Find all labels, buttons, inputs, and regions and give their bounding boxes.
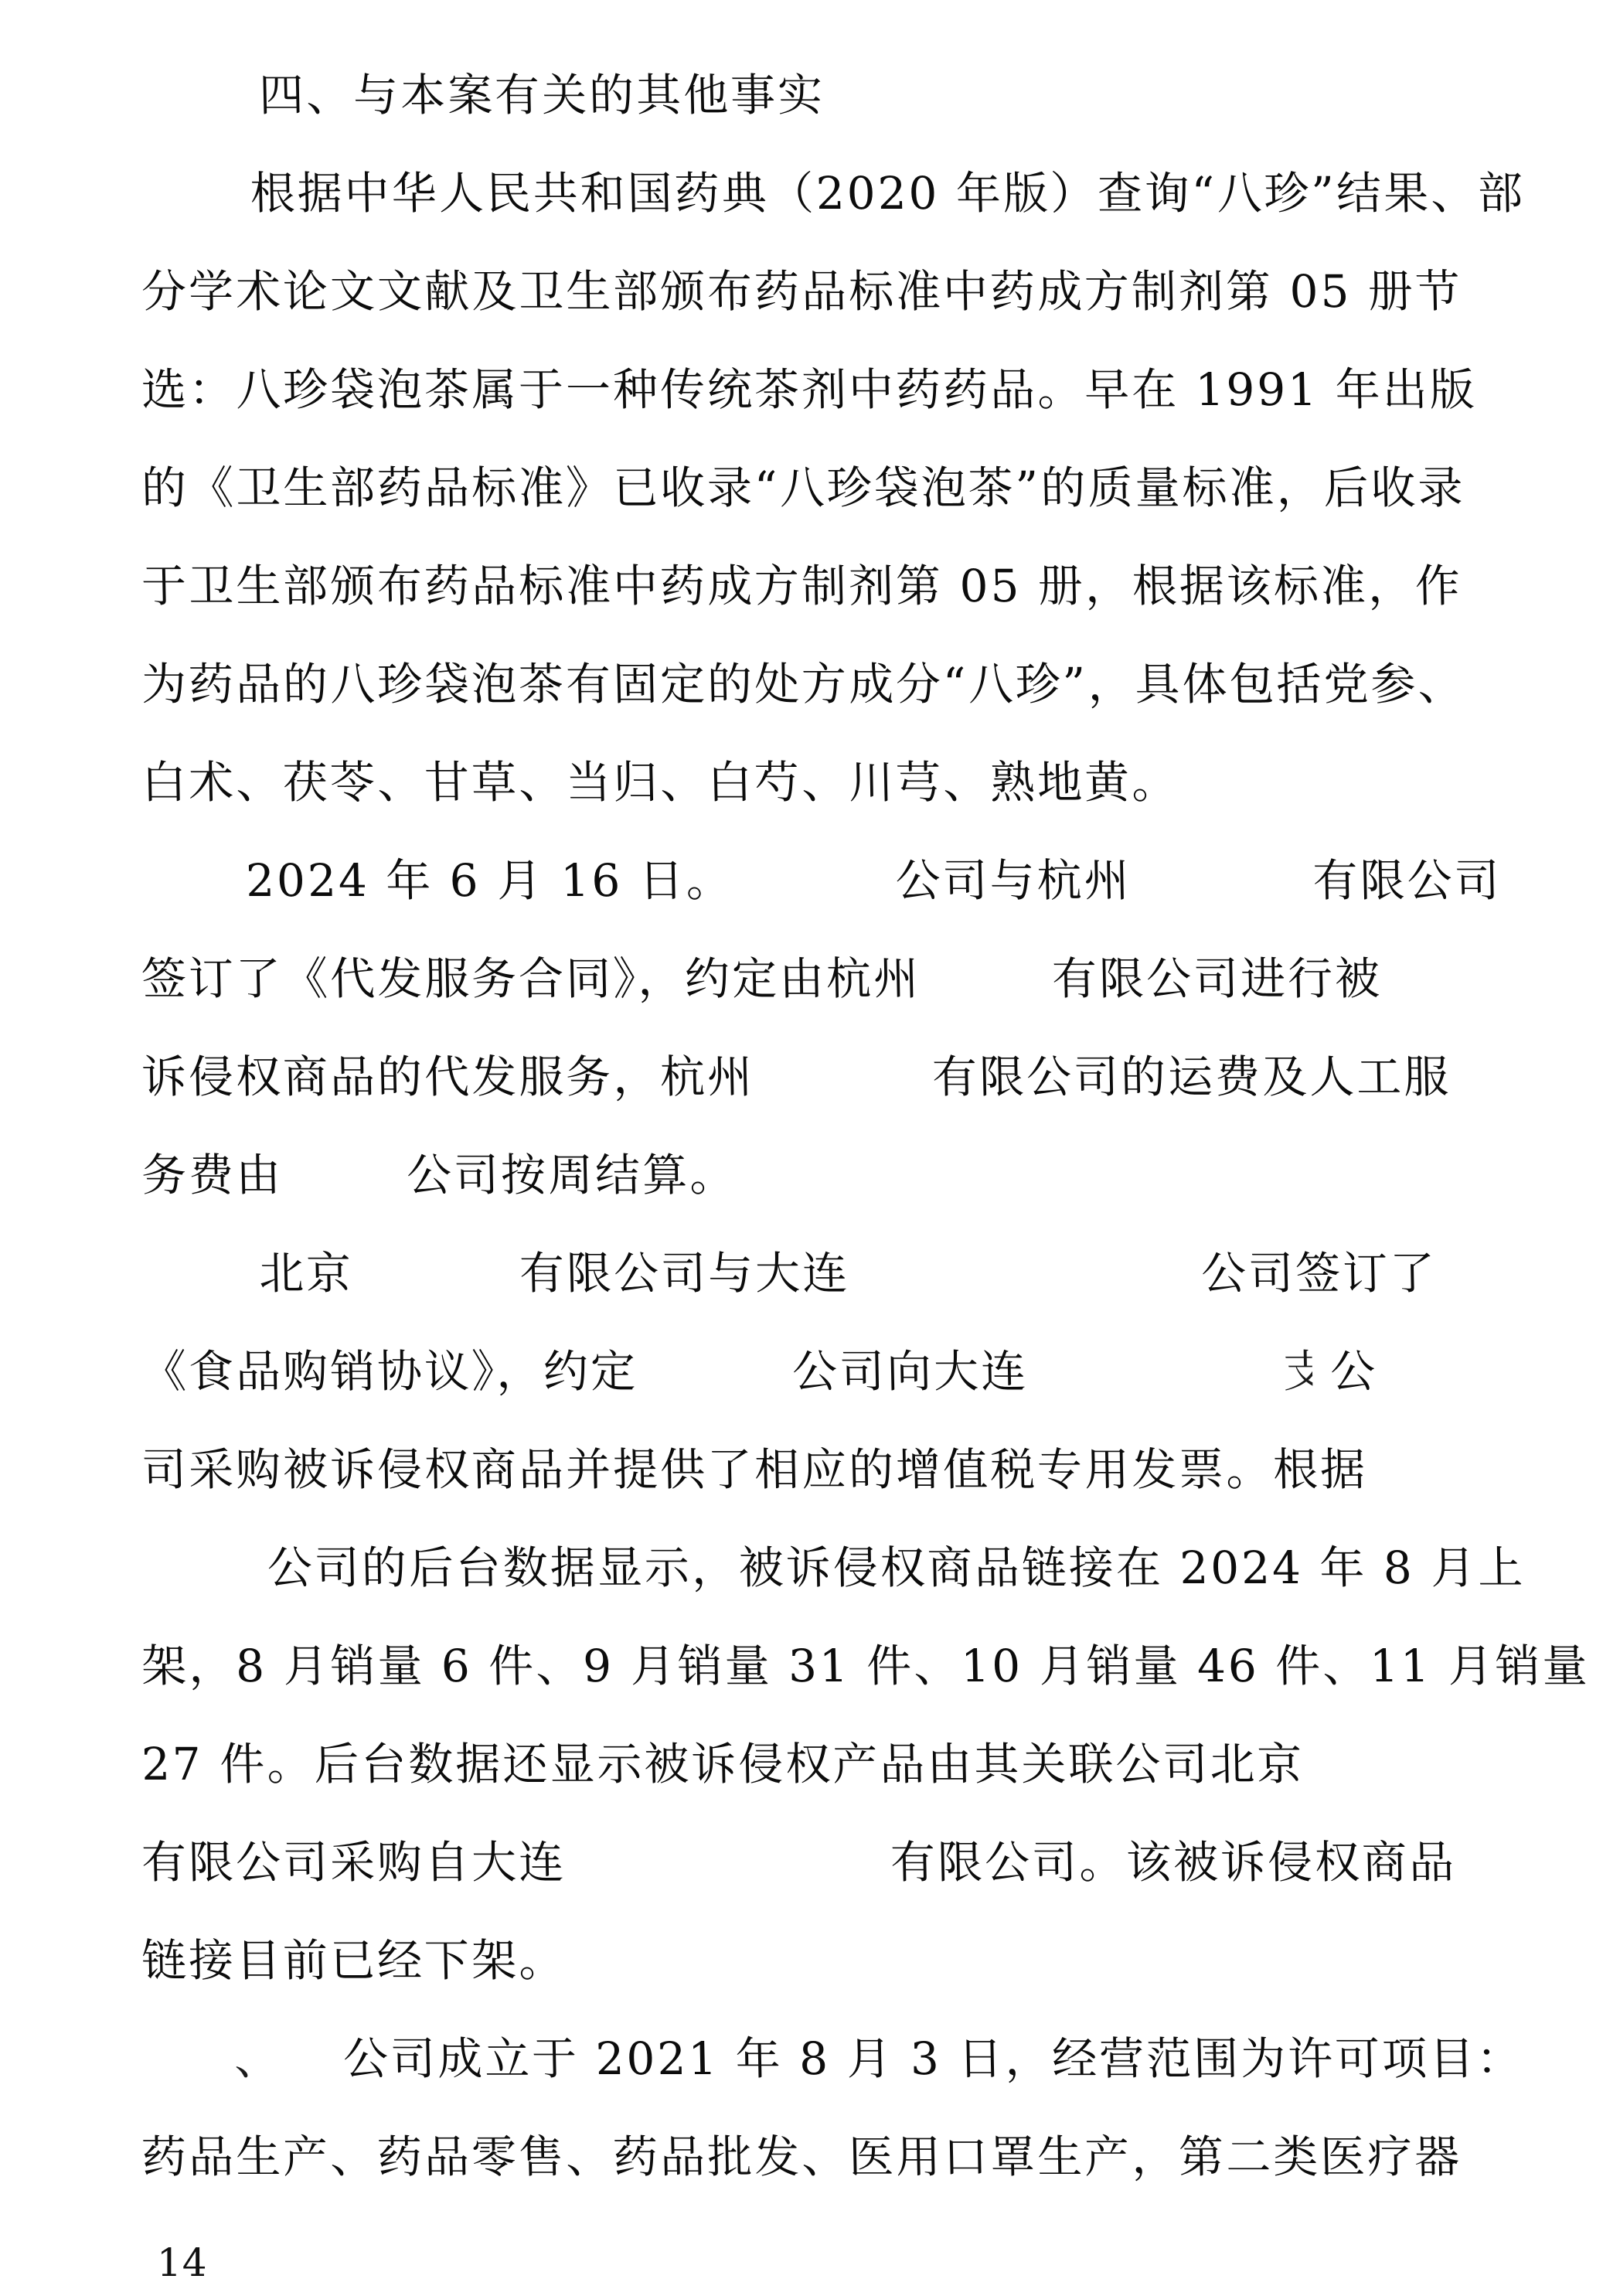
text-line: 2024 年 6 月 16 日。公司与杭州有限公司 (141, 827, 1526, 925)
document-body: 四、与本案有关的其他事实根据中华人民共和国药典（2020 年版）查询“八珍”结果… (141, 42, 1525, 2202)
text-line: 根据中华人民共和国药典（2020 年版）查询“八珍”结果、部 (141, 140, 1526, 238)
text-line: 有限公司采购自大连有限公司。该被诉侵权商品 (141, 1809, 1526, 1907)
redaction-gap (733, 873, 895, 881)
redaction-gap (1028, 1364, 1283, 1371)
text-segment: 的《卫生部药品标准》已收录“八珍袋泡茶”的质量标准，后收录 (141, 451, 1465, 516)
text-segment: 司采购被诉侵权商品并提供了相应的增值税专用发票。根据 (141, 1433, 1368, 1498)
text-segment: 有限公司进行被 (1051, 942, 1383, 1007)
page-number: 14 (157, 2240, 208, 2285)
text-segment: 《食品购销协议》，约定 (141, 1335, 638, 1400)
text-line: 北京有限公司与大连公司签订了 (141, 1220, 1526, 1318)
text-segment: 公司与杭州 (895, 844, 1132, 909)
text-segment: 务费由 (141, 1139, 284, 1204)
text-line: 《食品购销协议》，约定公司向大连支公 (141, 1318, 1526, 1416)
text-segment: 有限公司。该被诉侵权商品 (890, 1826, 1457, 1891)
redaction-remnant: 、 (233, 2022, 282, 2087)
text-line: 诉侵权商品的代发服务，杭州有限公司的运费及人工服 (141, 1024, 1526, 1122)
text-segment: 分学术论文文献及卫生部颁布药品标准中药成方制剂第 05 册节 (141, 255, 1462, 320)
text-line: 、公司成立于 2021 年 8 月 3 日，经营范围为许可项目： (141, 2005, 1526, 2104)
text-segment: 药品生产、药品零售、药品批发、医用口罩生产，第二类医疗器 (141, 2121, 1462, 2185)
redaction-remnant: 支 (1282, 1335, 1331, 1400)
redaction-gap (283, 1167, 407, 1175)
text-segment: 为药品的八珍袋泡茶有固定的处方成分“八珍”，具体包括党参、 (141, 648, 1465, 713)
redaction-gap (638, 1364, 792, 1371)
paragraph-indent (141, 873, 246, 881)
redaction-gap (353, 1266, 519, 1273)
text-segment: 公司按周结算。 (406, 1139, 737, 1204)
text-segment: 27 件。后台数据还显示被诉侵权产品由其关联公司北京 (141, 1728, 1305, 1793)
text-line: 司采购被诉侵权商品并提供了相应的增值税专用发票。根据 (141, 1416, 1526, 1514)
redaction-gap (754, 1069, 932, 1077)
text-line: 链接目前已经下架。 (141, 1907, 1526, 2005)
text-segment: 公 (1329, 1335, 1378, 1400)
paragraph-indent (141, 186, 250, 193)
text-segment: 四、与本案有关的其他事实 (258, 59, 825, 124)
text-segment: 有限公司的运费及人工服 (931, 1041, 1452, 1105)
text-segment: 于卫生部颁布药品标准中药成方制剂第 05 册，根据该标准，作 (141, 550, 1462, 615)
text-segment: 北京 (258, 1237, 354, 1302)
text-line: 公司的后台数据显示，被诉侵权商品链接在 2024 年 8 月上 (141, 1514, 1526, 1613)
text-segment: 链接目前已经下架。 (141, 1924, 567, 1989)
text-segment: 2024 年 6 月 16 日。 (245, 844, 733, 909)
text-segment: 选：八珍袋泡茶属于一种传统茶剂中药药品。早在 1991 年出版 (141, 353, 1477, 418)
text-line: 药品生产、药品零售、药品批发、医用口罩生产，第二类医疗器 (141, 2104, 1526, 2202)
redaction-gap (849, 1266, 1201, 1273)
text-segment: 诉侵权商品的代发服务，杭州 (141, 1041, 755, 1105)
text-segment: 有限公司 (1312, 844, 1503, 909)
text-segment: 公司签订了 (1200, 1237, 1438, 1302)
text-line: 的《卫生部药品标准》已收录“八珍袋泡茶”的质量标准，后收录 (141, 434, 1526, 533)
text-segment: 公司的后台数据显示，被诉侵权商品链接在 2024 年 8 月上 (267, 1531, 1526, 1596)
redaction-gap (141, 1560, 267, 1568)
document-page: 四、与本案有关的其他事实根据中华人民共和国药典（2020 年版）查询“八珍”结果… (0, 0, 1620, 2296)
text-line: 于卫生部颁布药品标准中药成方制剂第 05 册，根据该标准，作 (141, 533, 1526, 631)
text-segment: 公司成立于 2021 年 8 月 3 日，经营范围为许可项目： (342, 2022, 1524, 2087)
redaction-gap (1131, 873, 1312, 881)
text-line: 架，8 月销量 6 件、9 月销量 31 件、10 月销量 46 件、11 月销… (141, 1613, 1526, 1711)
text-line: 分学术论文文献及卫生部颁布药品标准中药成方制剂第 05 册节 (141, 238, 1526, 336)
text-segment: 有限公司与大连 (519, 1237, 850, 1302)
text-segment: 白术、茯苓、甘草、当归、白芍、川芎、熟地黄。 (141, 746, 1179, 811)
text-line: 白术、茯苓、甘草、当归、白芍、川芎、熟地黄。 (141, 729, 1526, 827)
redaction-gap (1304, 1756, 1489, 1764)
redaction-gap (921, 971, 1052, 979)
text-line: 为药品的八珍袋泡茶有固定的处方成分“八珍”，具体包括党参、 (141, 631, 1526, 729)
redaction-gap (281, 2051, 343, 2059)
paragraph-indent (141, 1266, 259, 1273)
text-line: 签订了《代发服务合同》，约定由杭州有限公司进行被 (141, 925, 1526, 1024)
text-segment: 有限公司采购自大连 (141, 1826, 567, 1891)
text-segment: 根据中华人民共和国药典（2020 年版）查询“八珍”结果、部 (250, 157, 1526, 222)
text-segment: 签订了《代发服务合同》，约定由杭州 (141, 942, 921, 1007)
redaction-gap (566, 1855, 890, 1862)
text-segment: 架，8 月销量 6 件、9 月销量 31 件、10 月销量 46 件、11 月销… (141, 1630, 1590, 1695)
text-line: 务费由公司按周结算。 (141, 1122, 1526, 1220)
paragraph-indent (141, 87, 259, 95)
text-segment: 公司向大连 (791, 1335, 1029, 1400)
text-line: 27 件。后台数据还显示被诉侵权产品由其关联公司北京 (141, 1711, 1526, 1809)
text-line: 选：八珍袋泡茶属于一种传统茶剂中药药品。早在 1991 年出版 (141, 336, 1526, 434)
section-heading: 四、与本案有关的其他事实 (141, 42, 1526, 140)
redaction-gap (141, 2051, 234, 2059)
